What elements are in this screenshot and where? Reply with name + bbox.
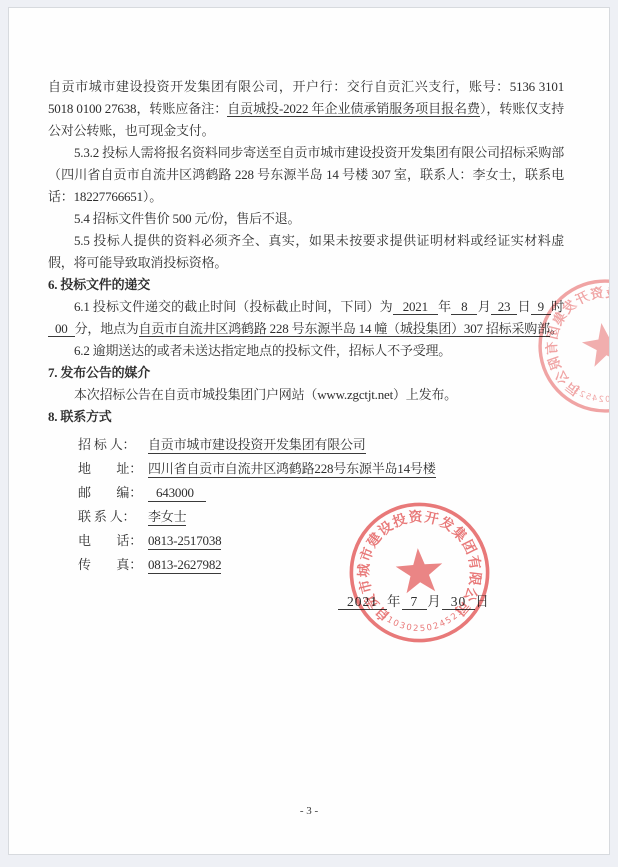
heading-section-8: 8. 联系方式 (48, 406, 564, 428)
contact-label: 招 标 人： (78, 433, 148, 457)
deadline-hour: 9 (531, 299, 551, 315)
contact-list: 招 标 人：自贡市城市建设投资开发集团有限公司 地 址：四川省自贡市自流井区鸿鹤… (48, 433, 564, 577)
year-label: 年 (438, 299, 451, 314)
sign-year: 2021 (338, 594, 387, 610)
contact-person-name: 李女士 (148, 509, 186, 526)
phone-number: 0813-2517038 (148, 533, 221, 550)
contact-row-bidder: 招 标 人：自贡市城市建设投资开发集团有限公司 (78, 433, 564, 457)
paragraph-6-1: 6.1 投标文件递交的截止时间（投标截止时间，下同）为2021年8月23日9时0… (48, 296, 564, 340)
contact-row-postcode: 邮 编：643000 (78, 481, 564, 505)
postcode-value: 643000 (148, 485, 206, 502)
submission-address-underlined: 自贡市自流井区鸿鹤路 228 号东源半岛 14 幢（城投集团）307 招标采购部 (139, 321, 550, 337)
document-page: 自贡市城市建设投资开发集团有限公司，开户行：交行自贡汇兴支行，账号：5136 3… (8, 7, 610, 855)
deadline-month: 8 (451, 299, 477, 315)
sign-day-label: 日 (475, 594, 490, 609)
scan-background: 自贡市城市建设投资开发集团有限公司，开户行：交行自贡汇兴支行，账号：5136 3… (0, 0, 618, 867)
contact-row-fax: 传 真：0813-2627982 (78, 553, 564, 577)
paragraph-payment-info: 自贡市城市建设投资开发集团有限公司，开户行：交行自贡汇兴支行，账号：5136 3… (48, 76, 564, 142)
day-label: 日 (517, 299, 530, 314)
hour-label: 时 (551, 299, 564, 314)
paragraph-5-3-2: 5.3.2 投标人需将报名资料同步寄送至自贡市城市建设投资开发集团有限公司招标采… (48, 142, 564, 208)
contact-label: 地 址： (78, 457, 148, 481)
heading-section-6: 6. 投标文件的递交 (48, 274, 564, 296)
month-label: 月 (477, 299, 490, 314)
contact-row-address: 地 址：四川省自贡市自流井区鸿鹤路228号东源半岛14号楼 (78, 457, 564, 481)
paragraph-announcement-media: 本次招标公告在自贡市城投集团门户网站（www.zgctjt.net）上发布。 (48, 384, 564, 406)
contact-label: 传 真： (78, 553, 148, 577)
deadline-minute: 00 (48, 321, 75, 337)
signature-date: 2021年7月30日 (338, 590, 490, 610)
heading-section-7: 7. 发布公告的媒介 (48, 362, 564, 384)
seal-serial-number: 5103025024523 (378, 605, 467, 637)
star-icon (579, 319, 610, 368)
deadline-text-mid: 分，地点为 (75, 321, 139, 336)
svg-text:5103025024523: 5103025024523 (378, 605, 467, 637)
deadline-year: 2021 (393, 299, 438, 315)
deadline-day: 23 (491, 299, 518, 315)
contact-row-contact-person: 联 系 人：李女士 (78, 505, 564, 529)
seal-serial-number: 5103025024523 (569, 372, 610, 409)
sign-month: 7 (402, 594, 428, 610)
payment-remark-underlined: 自贡城投-2022 年企业债承销服务项目报名费 (227, 101, 480, 117)
paragraph-5-4: 5.4 招标文件售价 500 元/份，售后不退。 (48, 208, 564, 230)
bidder-name: 自贡市城市建设投资开发集团有限公司 (148, 437, 366, 454)
contact-label: 邮 编： (78, 481, 148, 505)
svg-text:5103025024523: 5103025024523 (569, 372, 610, 409)
sign-month-label: 月 (427, 594, 442, 609)
deadline-text-tail: 。 (550, 321, 563, 336)
document-body: 自贡市城市建设投资开发集团有限公司，开户行：交行自贡汇兴支行，账号：5136 3… (48, 76, 564, 577)
contact-row-phone: 电 话：0813-2517038 (78, 529, 564, 553)
sign-year-label: 年 (387, 594, 402, 609)
bidder-address: 四川省自贡市自流井区鸿鹤路228号东源半岛14号楼 (148, 461, 436, 478)
sign-day: 30 (442, 594, 476, 610)
deadline-text: 6.1 投标文件递交的截止时间（投标截止时间，下同）为 (74, 299, 393, 314)
fax-number: 0813-2627982 (148, 557, 221, 574)
paragraph-6-2: 6.2 逾期送达的或者未送达指定地点的投标文件，招标人不予受理。 (48, 340, 564, 362)
contact-label: 联 系 人： (78, 505, 148, 529)
paragraph-5-5: 5.5 投标人提供的资料必须齐全、真实，如果未按要求提供证明材料或经证实材料虚假… (48, 230, 564, 274)
page-number: - 3 - (9, 805, 609, 817)
contact-label: 电 话： (78, 529, 148, 553)
